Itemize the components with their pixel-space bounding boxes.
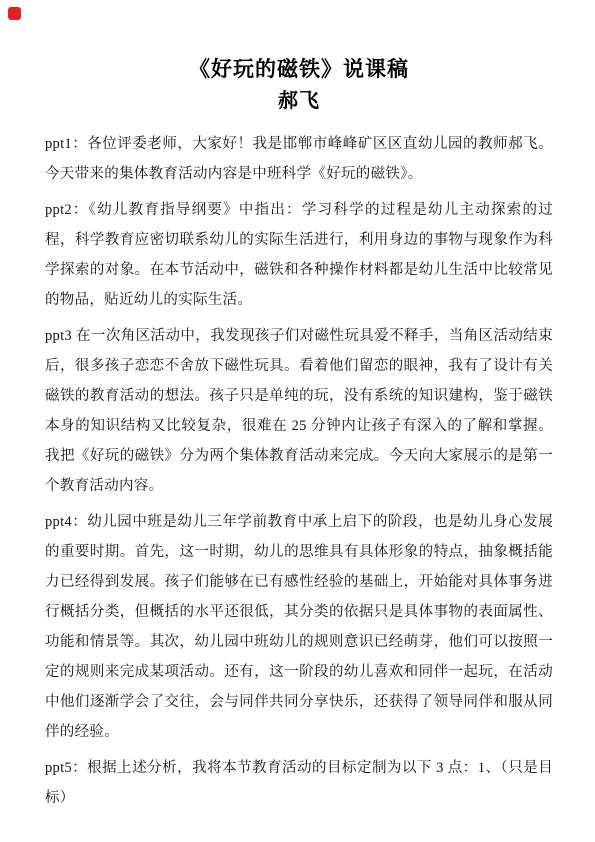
paragraph-ppt2: ppt2：《幼儿教育指导纲要》中指出：学习科学的过程是幼儿主动探索的过程，科学教… [45, 195, 553, 315]
document-body: ppt1：各位评委老师，大家好！我是邯郸市峰峰矿区区直幼儿园的教师郝飞。今天带来… [45, 129, 553, 813]
paragraph-ppt1: ppt1：各位评委老师，大家好！我是邯郸市峰峰矿区区直幼儿园的教师郝飞。今天带来… [45, 129, 553, 189]
paragraph-ppt4: ppt4：幼儿园中班是幼儿三年学前教育中承上启下的阶段，也是幼儿身心发展的重要时… [45, 507, 553, 747]
document-author: 郝飞 [45, 83, 553, 114]
document-page: 《好玩的磁铁》说课稿 郝飞 ppt1：各位评委老师，大家好！我是邯郸市峰峰矿区区… [0, 0, 595, 842]
paragraph-ppt3: ppt3 在一次角区活动中，我发现孩子们对磁性玩具爱不释手，当角区活动结束后，很… [45, 321, 553, 501]
red-marker-icon [8, 7, 21, 20]
paragraph-ppt5: ppt5：根据上述分析，我将本节教育活动的目标定制为以下 3 点：1、（只是目标… [45, 753, 553, 813]
document-title: 《好玩的磁铁》说课稿 [45, 0, 553, 83]
